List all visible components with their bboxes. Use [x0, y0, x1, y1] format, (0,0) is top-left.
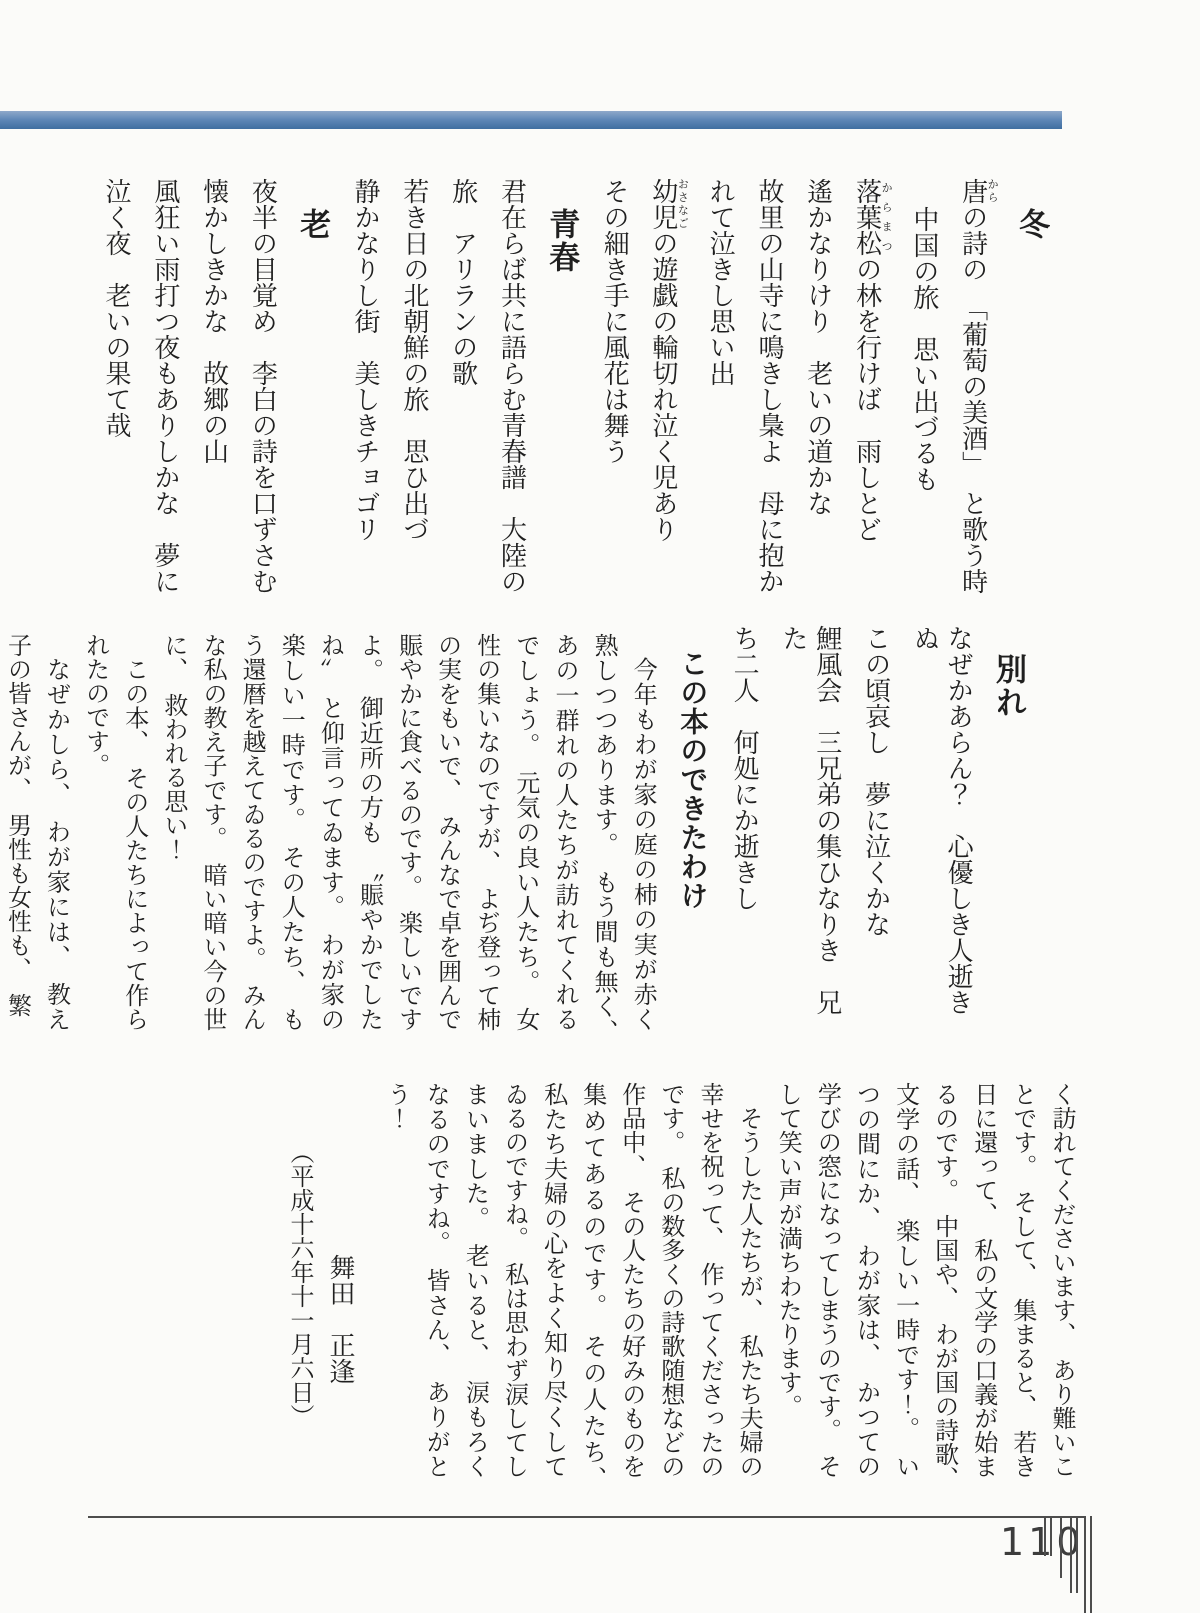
poem-line: 若き日の北朝鮮の旅 思ひ出づ — [397, 150, 431, 642]
poem-line: 遙かなりけり 老いの道かな — [801, 150, 835, 642]
essay-body-part1: 今年もわが家の庭の柿の実が赤く熟しつつあります。 もう間も無く、 あの一群れの人… — [0, 625, 661, 1031]
poem-line: 旅 アリランの歌 — [446, 150, 480, 642]
essay-paragraph: この本、 その人たちによって作られたのです。 — [75, 633, 153, 1031]
poem-line: 落葉松からまつの林を行けば 雨しとど — [850, 150, 892, 642]
poem-line: この頃哀し 夢に泣くかな — [859, 625, 893, 1031]
poem-title: 青春 — [540, 150, 582, 642]
poem-line: れて泣きし思い出 — [703, 150, 737, 642]
poem-title: 別れ — [987, 625, 1029, 1031]
essay-title: この本のできたわけ — [673, 625, 712, 1031]
middle-band: 別れなぜかあらん？ 心優しき人逝きぬこの頃哀し 夢に泣くかな鯉風会 三兄弟の集ひ… — [0, 625, 1037, 1031]
footer-rule — [88, 1516, 1086, 1518]
poem-line: 故里の山寺に鳴きし梟よ 母に抱か — [752, 150, 786, 642]
essay-paragraph: く訪れてくださいます、 あり難いことです。 そして、 集まると、 若き日に還って… — [767, 1082, 1080, 1478]
poem-line: 君在らば共に語らむ青春譜 大陸の — [495, 150, 529, 642]
poem-line: 中国の旅 思い出づるも — [907, 150, 941, 642]
poem-title: 老 — [291, 150, 333, 642]
poem-line: 静かなりし街 美しきチョゴリ — [348, 150, 382, 642]
poem-line: 泣く夜 老いの果て哉 — [99, 150, 133, 642]
edge-tick-marks — [1044, 1516, 1094, 1613]
essay-paragraph: そうした人たちが、 私たち夫婦の幸せを祝って、 作ってくださったのです。 私の数… — [376, 1082, 767, 1478]
poem-line: 風狂い雨打つ夜もありしかな 夢に — [148, 150, 182, 642]
poem-line: 唐からの詩の 「葡萄の美酒」 と歌う時 — [956, 150, 998, 642]
poem-line: 懐かしきかな 故郷の山 — [197, 150, 231, 642]
poem-band-top: 冬唐からの詩の 「葡萄の美酒」 と歌う時中国の旅 思い出づるも落葉松からまつの林… — [84, 150, 1060, 642]
poem-line: 鯉風会 三兄弟の集ひなりき 兄た — [776, 625, 844, 1031]
composition-date: （平成十六年十一月六日） — [281, 1082, 317, 1478]
author-signature: 舞田 正逢 — [321, 1082, 360, 1478]
poem-title: 冬 — [1010, 150, 1052, 642]
essay-paragraph: なぜかしら、 わが家には、 教え子の皆さんが、 男性も女性も、 繁 — [0, 633, 75, 1031]
essay-paragraph: 今年もわが家の庭の柿の実が赤く熟しつつあります。 もう間も無く、 あの一群れの人… — [153, 633, 661, 1031]
essay-body-part2: く訪れてくださいます、 あり難いことです。 そして、 集まると、 若き日に還って… — [376, 1082, 1080, 1478]
poem-section-farewell: 別れなぜかあらん？ 心優しき人逝きぬこの頃哀し 夢に泣くかな鯉風会 三兄弟の集ひ… — [727, 625, 1029, 1031]
poem-line: 幼児おさなごの遊戯の輪切れ泣く児あり — [646, 150, 688, 642]
book-page: 冬唐からの詩の 「葡萄の美酒」 と歌う時中国の旅 思い出づるも落葉松からまつの林… — [0, 0, 1200, 1613]
poem-line: 夜半の目覚め 李白の詩を口ずさむ — [246, 150, 280, 642]
decorative-blue-bar — [0, 111, 1062, 129]
poem-line: その細き手に風花は舞う — [597, 150, 631, 642]
bottom-band: く訪れてくださいます、 あり難いことです。 そして、 集まると、 若き日に還って… — [281, 1082, 1080, 1478]
poem-line: なぜかあらん？ 心優しき人逝きぬ — [908, 625, 976, 1031]
furigana: 唐から — [959, 178, 988, 204]
poem-section-winter: 冬唐からの詩の 「葡萄の美酒」 と歌う時中国の旅 思い出づるも落葉松からまつの林… — [597, 150, 1052, 642]
poem-section-old-age: 老夜半の目覚め 李白の詩を口ずさむ懐かしきかな 故郷の山風狂い雨打つ夜もありしか… — [99, 150, 333, 642]
poem-section-youth: 青春君在らば共に語らむ青春譜 大陸の旅 アリランの歌若き日の北朝鮮の旅 思ひ出づ… — [348, 150, 582, 642]
poem-line: ち二人 何処にか逝きし — [727, 625, 761, 1031]
furigana: 幼児おさなご — [649, 178, 678, 230]
furigana: 落葉松からまつ — [853, 178, 882, 256]
